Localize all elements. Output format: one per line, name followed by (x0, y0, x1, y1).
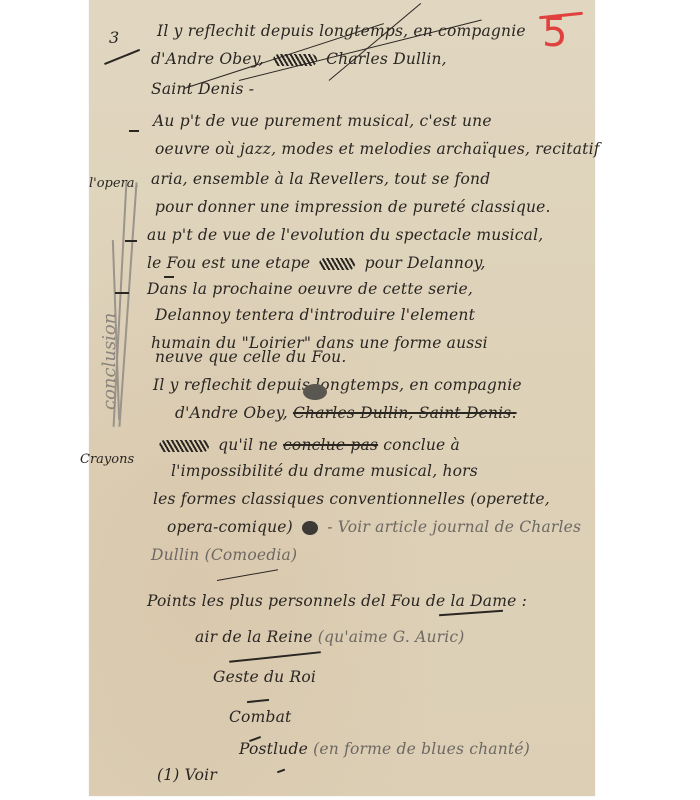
line-text: Geste du Roi (213, 668, 316, 686)
line-text: Postlude (239, 740, 308, 758)
separator-stroke (217, 569, 278, 581)
line-text: l'impossibilité du drame musical, hors (171, 462, 478, 480)
line-text: Combat (229, 708, 291, 726)
line-text: neuve que celle du Fou. (155, 348, 346, 366)
line-text: opera-comique) (167, 518, 293, 536)
leaf-number-underline (104, 49, 140, 65)
margin-note-crayons: Crayons (80, 452, 134, 467)
manuscript-line: opera-comique) - Voir article journal de… (167, 518, 581, 536)
pencil-note: - Voir article journal de Charles (327, 518, 581, 536)
line-text: Charles Dullin, (326, 50, 447, 68)
underline-fou (164, 276, 174, 278)
manuscript-line: au p't de vue de l'evolution du spectacl… (147, 226, 543, 244)
margin-note-vertical: conclusion (99, 313, 120, 410)
line-text: aria, ensemble à la Revellers, tout se f… (151, 170, 490, 188)
manuscript-line: Il y reflechit depuis longtemps, en comp… (153, 376, 522, 394)
manuscript-line: Il y reflechit depuis longtemps, en comp… (157, 22, 526, 40)
line-text: au p't de vue de l'evolution du spectacl… (147, 226, 543, 244)
line-text: d'Andre Obey, (151, 50, 264, 68)
pencil-smudge (302, 521, 318, 535)
manuscript-line: Geste du Roi (213, 668, 316, 686)
line-text: les formes classiques conventionnelles (… (153, 490, 550, 508)
line-text: Au p't de vue purement musical, c'est un… (153, 112, 492, 130)
line-text: air de la Reine (195, 628, 313, 646)
manuscript-line: Dans la prochaine oeuvre de cette serie, (147, 280, 473, 298)
line-text: Il y reflechit depuis longtemps, en comp… (153, 376, 522, 394)
scribbled-out-word (319, 258, 355, 270)
line-text: d'Andre Obey, (175, 404, 288, 422)
cross-out-stroke (329, 3, 422, 81)
scribbled-out-word (159, 440, 209, 452)
manuscript-line: pour donner une impression de pureté cla… (155, 198, 551, 216)
struck-text: Charles Dullin, Saint Denis. (293, 404, 517, 422)
line-text: pour Delannoy, (365, 254, 486, 272)
manuscript-page: 5 3 Il y reflechit depuis longtemps, en … (89, 0, 595, 796)
manuscript-line: (1) Voir (157, 766, 217, 784)
underline (247, 699, 269, 703)
line-text: oeuvre où jazz, modes et melodies archaï… (155, 140, 600, 158)
dash-marker (115, 292, 129, 294)
struck-text: conclue pas (283, 436, 378, 454)
manuscript-line: d'Andre Obey, Charles Dullin, Saint Deni… (175, 404, 517, 422)
line-text: Dans la prochaine oeuvre de cette serie, (147, 280, 473, 298)
line-text: Saint Denis - (151, 80, 254, 98)
manuscript-line: Au p't de vue purement musical, c'est un… (153, 112, 492, 130)
manuscript-line: Delannoy tentera d'introduire l'element (155, 306, 475, 324)
manuscript-line: air de la Reine (qu'aime G. Auric) (195, 628, 465, 646)
pencil-note: (qu'aime G. Auric) (318, 628, 465, 646)
line-text: conclue à (383, 436, 460, 454)
pencil-note: Dullin (Comoedia) (151, 546, 297, 564)
manuscript-line: les formes classiques conventionnelles (… (153, 490, 550, 508)
pencil-note: (en forme de blues chanté) (313, 740, 530, 758)
underline (439, 610, 503, 616)
underline (229, 651, 321, 662)
manuscript-line: aria, ensemble à la Revellers, tout se f… (151, 170, 490, 188)
line-text: le Fou est une etape (147, 254, 310, 272)
manuscript-line: neuve que celle du Fou. (155, 348, 346, 366)
dash-marker (125, 240, 137, 242)
manuscript-line: l'impossibilité du drame musical, hors (171, 462, 478, 480)
leaf-number: 3 (109, 28, 119, 47)
line-text: pour donner une impression de pureté cla… (155, 198, 551, 216)
manuscript-line: Points les plus personnels del Fou de la… (147, 592, 527, 610)
pencil-margin-rule (118, 182, 137, 427)
manuscript-line: d'Andre Obey, Charles Dullin, (151, 50, 447, 68)
red-page-number: 5 (542, 10, 567, 56)
line-text: Delannoy tentera d'introduire l'element (155, 306, 475, 324)
line-text: Points les plus personnels del Fou de la… (147, 592, 527, 610)
pencil-smudge (303, 384, 327, 400)
underline (277, 769, 285, 773)
margin-note-opera: l'opera, (89, 176, 139, 191)
manuscript-line: Postlude (en forme de blues chanté) (239, 740, 530, 758)
manuscript-line: le Fou est une etape pour Delannoy, (147, 254, 486, 272)
manuscript-line: qu'il ne conclue pas conclue à (155, 436, 460, 454)
line-text: qu'il ne (218, 436, 278, 454)
manuscript-line: oeuvre où jazz, modes et melodies archaï… (155, 140, 600, 158)
footnote-marker: (1) Voir (157, 766, 217, 784)
dash-marker (129, 130, 139, 132)
scribbled-out-word (273, 54, 317, 66)
line-text: Il y reflechit depuis longtemps, en comp… (157, 22, 526, 40)
manuscript-line: Saint Denis - (151, 80, 254, 98)
manuscript-line: Dullin (Comoedia) (151, 546, 297, 564)
manuscript-line: Combat (229, 708, 291, 726)
